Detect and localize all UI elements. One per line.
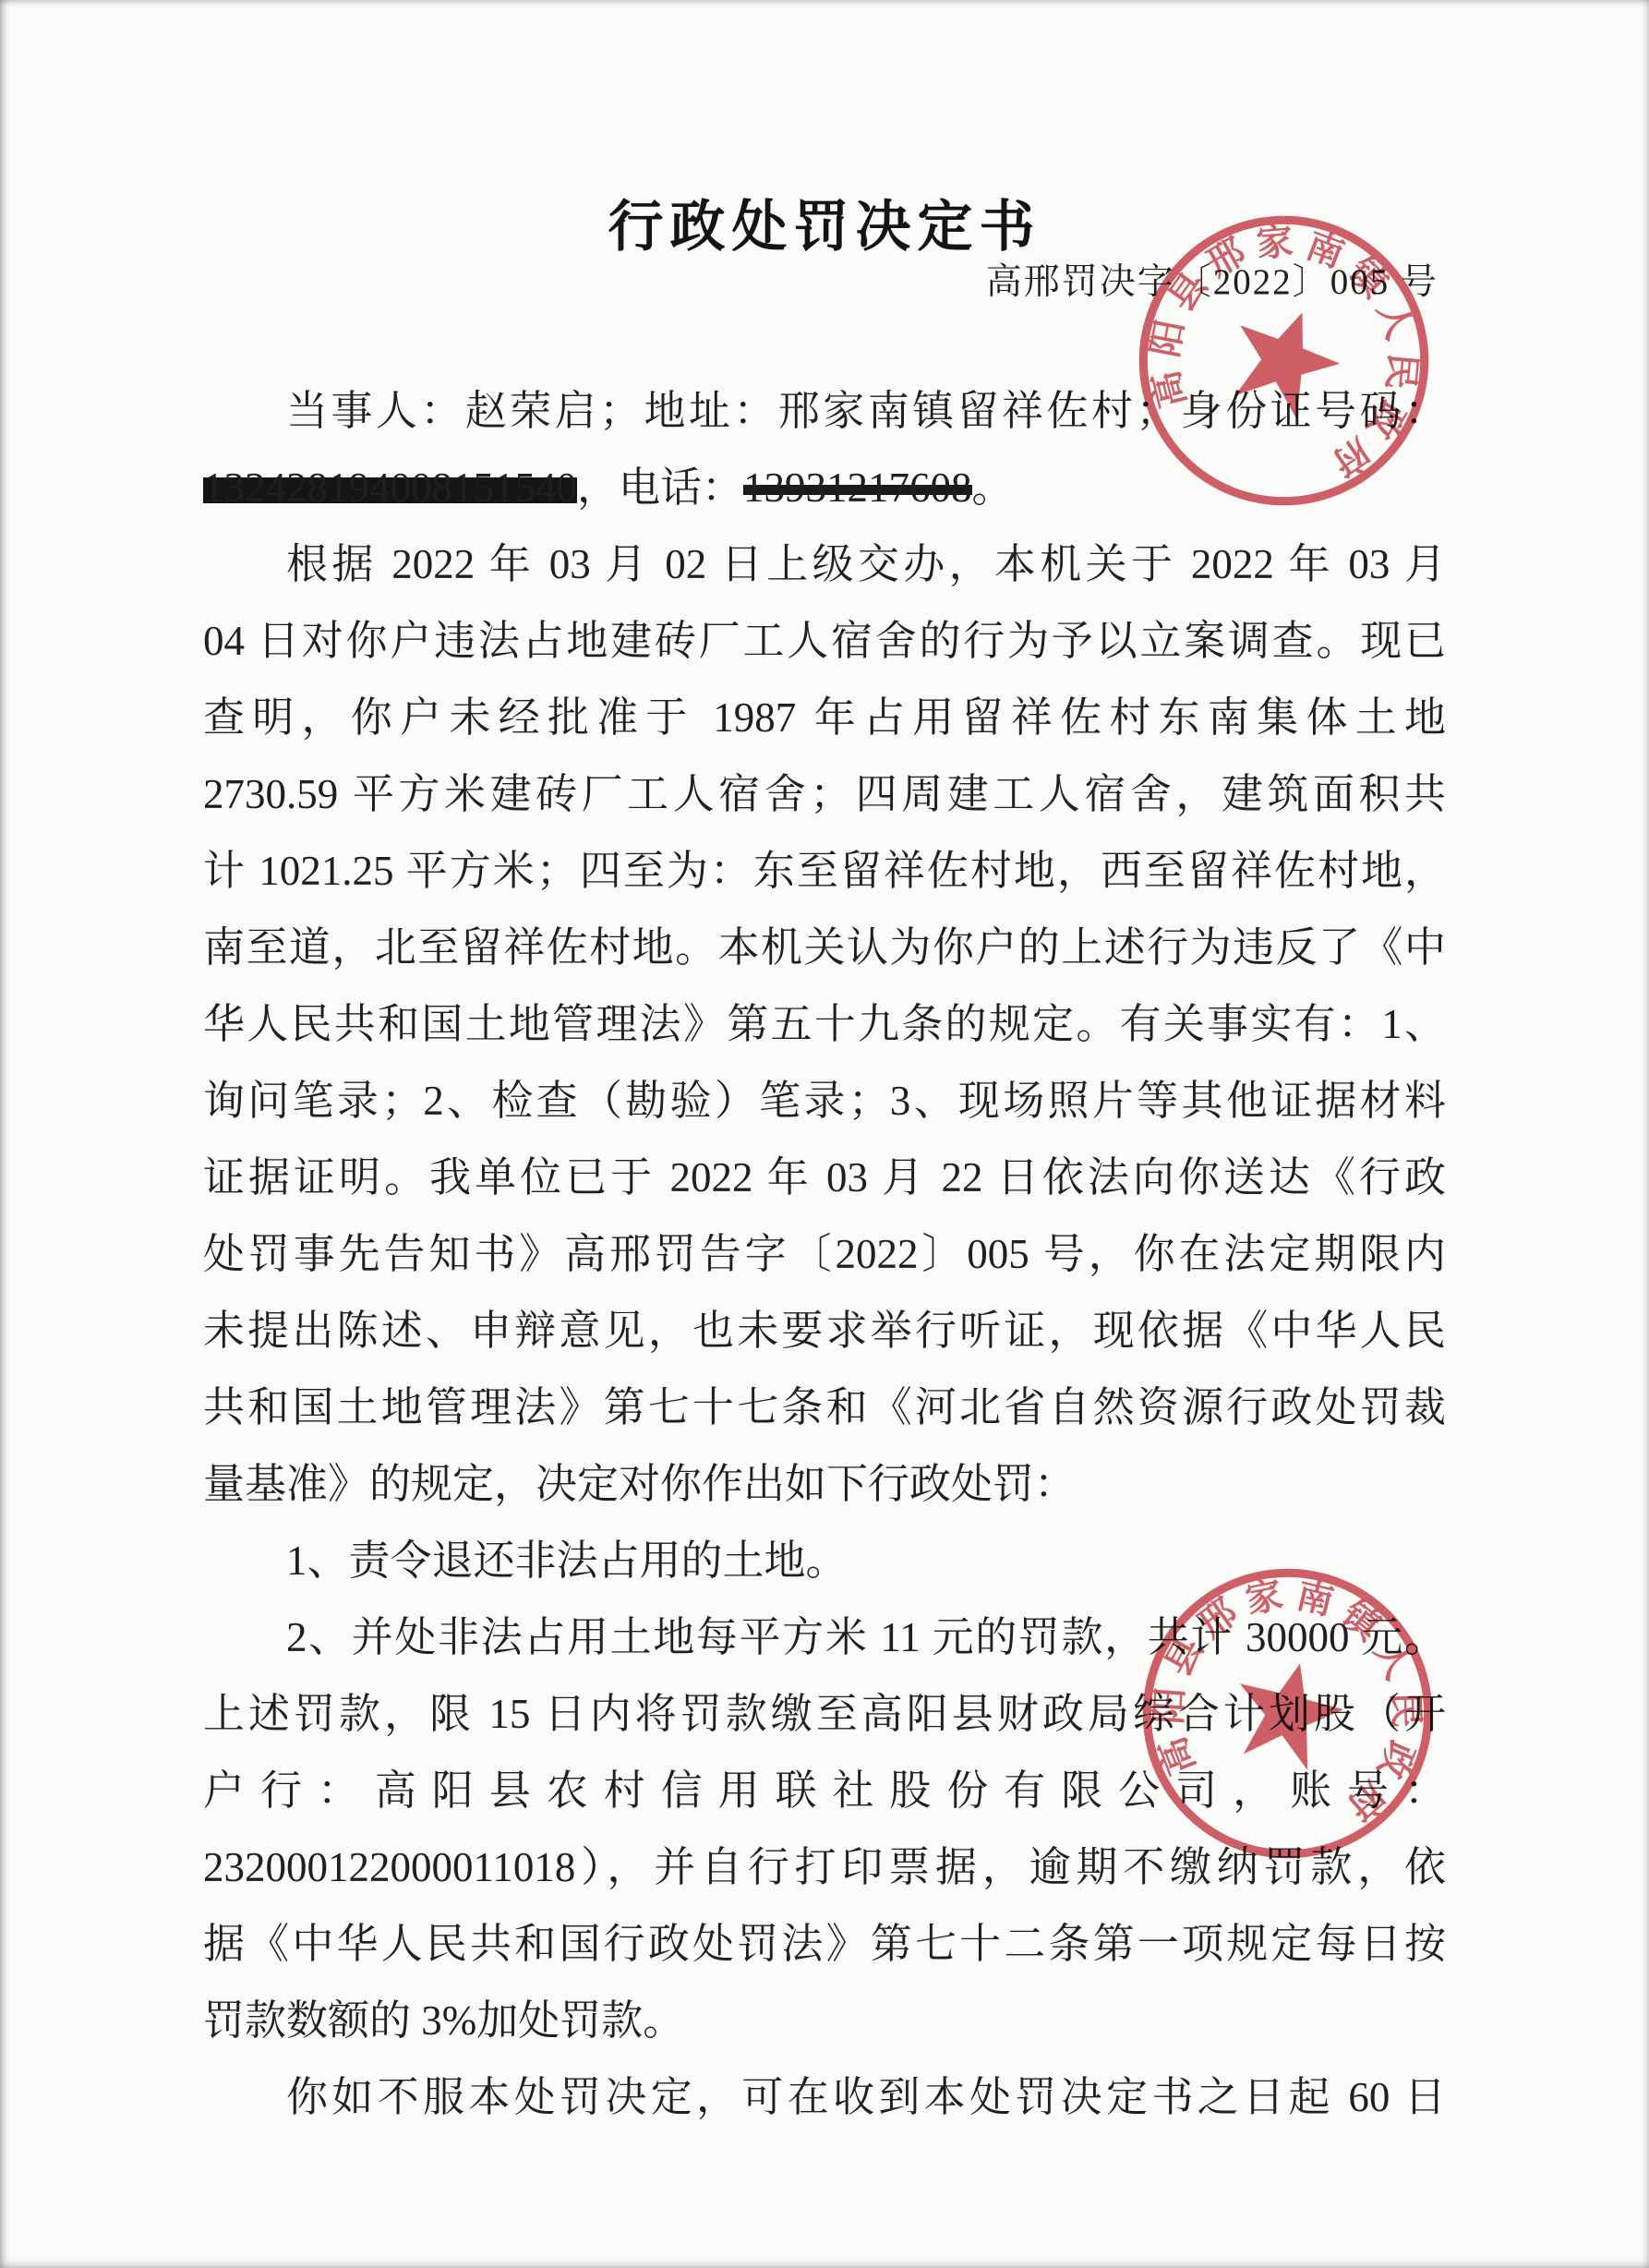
body-line: 共和国土地管理法》第七十七条和《河北省自然资源行政处罚裁 <box>203 1369 1446 1446</box>
line-text: 户行：高阳县农村信用联社股份有限公司，账号： <box>203 1767 1446 1814</box>
line-text: 232000122000011018），并自行打印票据，逾期不缴纳罚款，依 <box>203 1844 1446 1890</box>
redacted-phone-number: 13931217608 <box>743 464 972 511</box>
body-line: 132428194008151540，电话：13931217608。 <box>203 450 1446 526</box>
body-line: 上述罚款，限 15 日内将罚款缴至高阳县财政局综合计划股（开 <box>203 1676 1446 1753</box>
line-text: 。 <box>972 464 1014 511</box>
line-text: 上述罚款，限 15 日内将罚款缴至高阳县财政局综合计划股（开 <box>203 1691 1446 1737</box>
line-text: 共和国土地管理法》第七十七条和《河北省自然资源行政处罚裁 <box>203 1384 1446 1430</box>
body-line: 你如不服本处罚决定，可在收到本处罚决定书之日起 60 日 <box>203 2059 1446 2136</box>
body-line: 2730.59 平方米建砖厂工人宿舍；四周建工人宿舍，建筑面积共 <box>203 756 1446 833</box>
body-line: 计 1021.25 平方米；四至为：东至留祥佐村地，西至留祥佐村地， <box>203 833 1446 910</box>
line-text: 查明，你户未经批准于 1987 年占用留祥佐村东南集体土地 <box>203 694 1446 741</box>
body-line: 未提出陈述、申辩意见，也未要求举行听证，现依据《中华人民 <box>203 1293 1446 1369</box>
line-text: 处罚事先告知书》高邢罚告字〔2022〕005 号，你在法定期限内 <box>203 1231 1446 1277</box>
redacted-id-number: 132428194008151540 <box>203 464 577 511</box>
line-text: 罚款数额的 3%加处罚款。 <box>203 1997 684 2044</box>
body-line: 处罚事先告知书》高邢罚告字〔2022〕005 号，你在法定期限内 <box>203 1216 1446 1293</box>
line-text: 当事人：赵荣启；地址：邢家南镇留祥佐村；身份证号码： <box>286 388 1446 434</box>
body-line: 根据 2022 年 03 月 02 日上级交办，本机关于 2022 年 03 月 <box>203 526 1446 603</box>
body-line: 华人民共和国土地管理法》第五十九条的规定。有关事实有：1、 <box>203 986 1446 1063</box>
body-line: 南至道，北至留祥佐村地。本机关认为你户的上述行为违反了《中 <box>203 910 1446 986</box>
line-text: 计 1021.25 平方米；四至为：东至留祥佐村地，西至留祥佐村地， <box>203 848 1446 894</box>
document-number: 高邢罚决字〔2022〕005 号 <box>203 253 1438 305</box>
body-line: 量基准》的规定，决定对你作出如下行政处罚： <box>203 1446 1446 1523</box>
body-line: 2、并处非法占用土地每平方米 11 元的罚款，共计 30000 元。 <box>203 1599 1446 1676</box>
line-text: 证据证明。我单位已于 2022 年 03 月 22 日依法向你送达《行政 <box>203 1154 1446 1200</box>
line-text: 04 日对你户违法占地建砖厂工人宿舍的行为予以立案调查。现已 <box>203 618 1446 664</box>
line-text: 南至道，北至留祥佐村地。本机关认为你户的上述行为违反了《中 <box>203 924 1446 971</box>
document-body: 当事人：赵荣启；地址：邢家南镇留祥佐村；身份证号码：13242819400815… <box>203 373 1446 2136</box>
body-line: 证据证明。我单位已于 2022 年 03 月 22 日依法向你送达《行政 <box>203 1140 1446 1216</box>
line-text: 询问笔录；2、检查（勘验）笔录；3、现场照片等其他证据材料 <box>203 1078 1446 1124</box>
body-line: 1、责令退还非法占用的土地。 <box>203 1523 1446 1599</box>
line-text: 2730.59 平方米建砖厂工人宿舍；四周建工人宿舍，建筑面积共 <box>203 771 1446 817</box>
body-line: 据《中华人民共和国行政处罚法》第七十二条第一项规定每日按 <box>203 1906 1446 1983</box>
line-text: 你如不服本处罚决定，可在收到本处罚决定书之日起 60 日 <box>286 2074 1446 2120</box>
body-line: 查明，你户未经批准于 1987 年占用留祥佐村东南集体土地 <box>203 680 1446 756</box>
body-line: 当事人：赵荣启；地址：邢家南镇留祥佐村；身份证号码： <box>203 373 1446 450</box>
document-page: 行政处罚决定书 高邢罚决字〔2022〕005 号 当事人：赵荣启；地址：邢家南镇… <box>0 0 1649 2268</box>
body-line: 罚款数额的 3%加处罚款。 <box>203 1983 1446 2059</box>
body-line: 232000122000011018），并自行打印票据，逾期不缴纳罚款，依 <box>203 1829 1446 1906</box>
body-line: 户行：高阳县农村信用联社股份有限公司，账号： <box>203 1753 1446 1829</box>
line-text: 华人民共和国土地管理法》第五十九条的规定。有关事实有：1、 <box>203 1001 1446 1047</box>
page-title: 行政处罚决定书 <box>203 183 1446 262</box>
line-text: 1、责令退还非法占用的土地。 <box>286 1538 848 1584</box>
line-text: 量基准》的规定，决定对你作出如下行政处罚： <box>203 1461 1076 1507</box>
body-line: 询问笔录；2、检查（勘验）笔录；3、现场照片等其他证据材料 <box>203 1063 1446 1140</box>
body-line: 04 日对你户违法占地建砖厂工人宿舍的行为予以立案调查。现已 <box>203 603 1446 680</box>
line-text: 2、并处非法占用土地每平方米 11 元的罚款，共计 30000 元。 <box>286 1614 1446 1660</box>
line-text: 根据 2022 年 03 月 02 日上级交办，本机关于 2022 年 03 月 <box>286 541 1446 587</box>
line-text: ，电话： <box>577 464 743 511</box>
line-text: 据《中华人民共和国行政处罚法》第七十二条第一项规定每日按 <box>203 1921 1446 1967</box>
line-text: 未提出陈述、申辩意见，也未要求举行听证，现依据《中华人民 <box>203 1308 1446 1354</box>
